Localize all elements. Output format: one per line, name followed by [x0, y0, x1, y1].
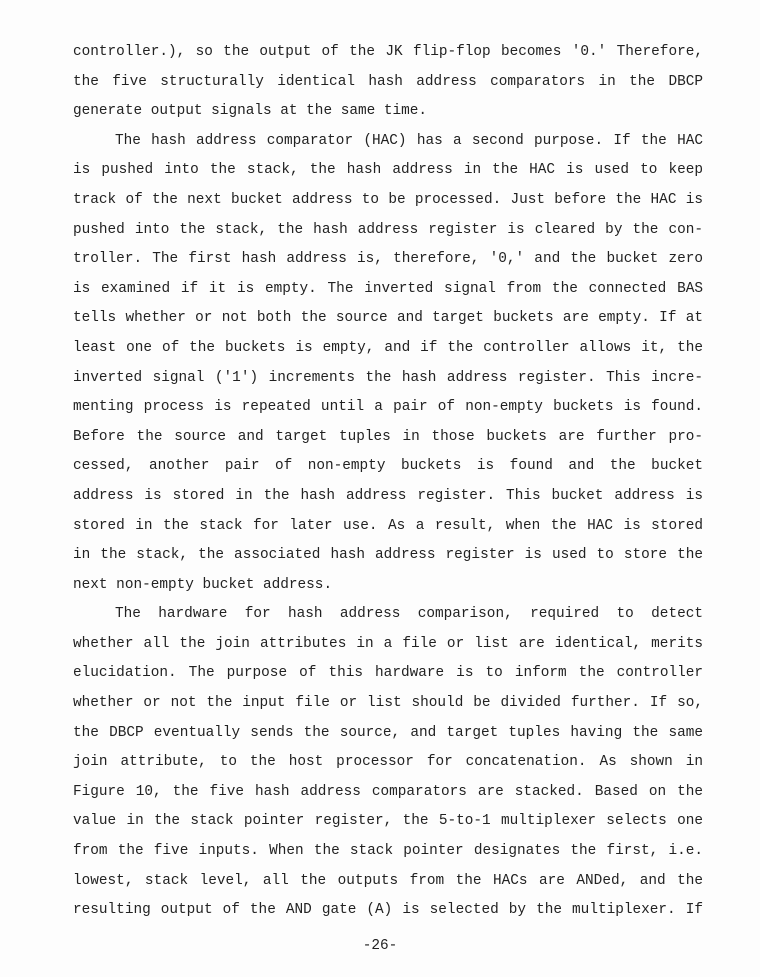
text-line: in the stack, the associated hash addres… [73, 541, 703, 571]
text-line: stored in the stack for later use. As a … [73, 512, 703, 542]
text-line: Before the source and target tuples in t… [73, 423, 703, 453]
text-line: The hardware for hash address comparison… [73, 600, 703, 630]
text-line: whether or not the input file or list sh… [73, 689, 703, 719]
text-line: is pushed into the stack, the hash addre… [73, 156, 703, 186]
text-line: menting process is repeated until a pair… [73, 393, 703, 423]
text-line: least one of the buckets is empty, and i… [73, 334, 703, 364]
text-line: cessed, another pair of non-empty bucket… [73, 452, 703, 482]
text-line: generate output signals at the same time… [73, 97, 703, 127]
text-line: troller. The first hash address is, ther… [73, 245, 703, 275]
text-line: whether all the join attributes in a fil… [73, 630, 703, 660]
text-line: the five structurally identical hash add… [73, 68, 703, 98]
text-line: join attribute, to the host processor fo… [73, 748, 703, 778]
text-line: lowest, stack level, all the outputs fro… [73, 867, 703, 897]
text-line: is examined if it is empty. The inverted… [73, 275, 703, 305]
text-line: address is stored in the hash address re… [73, 482, 703, 512]
text-line: The hash address comparator (HAC) has a … [73, 127, 703, 157]
paragraph: The hash address comparator (HAC) has a … [73, 127, 703, 601]
text-line: value in the stack pointer register, the… [73, 807, 703, 837]
text-line: inverted signal ('1') increments the has… [73, 364, 703, 394]
text-line: track of the next bucket address to be p… [73, 186, 703, 216]
page-number: -26- [0, 938, 760, 954]
paragraph: controller.), so the output of the JK fl… [73, 38, 703, 127]
text-line: tells whether or not both the source and… [73, 304, 703, 334]
text-line: from the five inputs. When the stack poi… [73, 837, 703, 867]
text-line: controller.), so the output of the JK fl… [73, 38, 703, 68]
text-line: next non-empty bucket address. [73, 571, 703, 601]
body-text: controller.), so the output of the JK fl… [73, 38, 703, 926]
text-line: Figure 10, the five hash address compara… [73, 778, 703, 808]
document-page: controller.), so the output of the JK fl… [0, 0, 760, 977]
text-line: resulting output of the AND gate (A) is … [73, 896, 703, 926]
text-line: elucidation. The purpose of this hardwar… [73, 659, 703, 689]
text-line: pushed into the stack, the hash address … [73, 216, 703, 246]
paragraph: The hardware for hash address comparison… [73, 600, 703, 926]
text-line: the DBCP eventually sends the source, an… [73, 719, 703, 749]
